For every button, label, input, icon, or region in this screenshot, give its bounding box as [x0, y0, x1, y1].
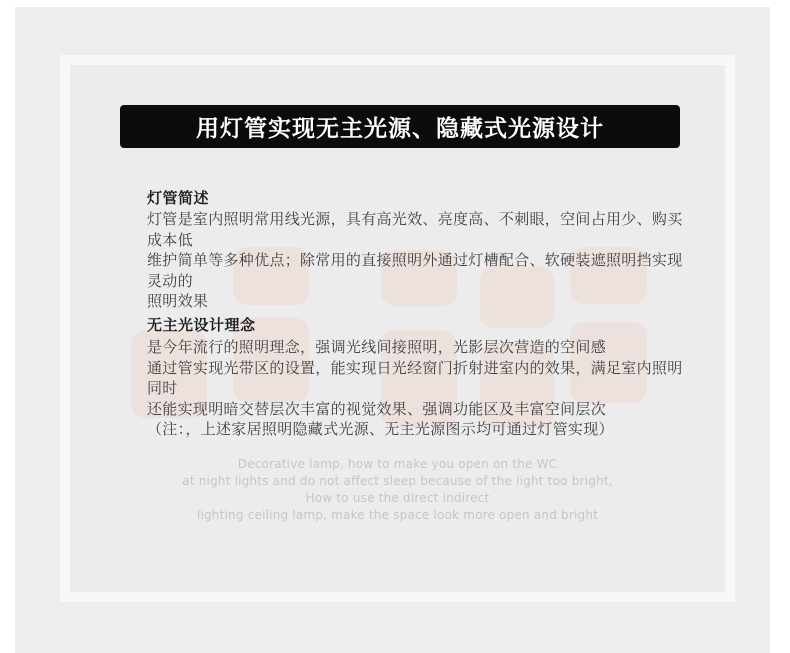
footer-caption-line: lighting ceiling lamp, make the space lo…	[70, 507, 725, 524]
footer-english-caption: Decorative lamp, how to make you open on…	[70, 456, 725, 524]
footer-caption-line: at night lights and do not affect sleep …	[70, 473, 725, 490]
page: 用灯管实现无主光源、隐藏式光源设计 灯管简述 灯管是室内照明常用线光源，具有高光…	[0, 0, 790, 653]
paragraph-line: 是今年流行的照明理念，强调光线间接照明，光影层次营造的空间感	[147, 337, 695, 358]
title-banner-text: 用灯管实现无主光源、隐藏式光源设计	[196, 110, 604, 143]
paragraph-line: 照明效果	[147, 291, 695, 312]
section-heading-no-main-light: 无主光设计理念	[147, 314, 256, 335]
paragraph-line: 灯管是室内照明常用线光源，具有高光效、亮度高、不刺眼，空间占用少、购买成本低	[147, 209, 695, 250]
paragraph-line: 还能实现明暗交替层次丰富的视觉效果、强调功能区及丰富空间层次	[147, 399, 695, 420]
footer-caption-line: How to use the direct indirect	[70, 490, 725, 507]
paragraph-line: 维护简单等多种优点；除常用的直接照明外通过灯槽配合、软硬装遮照明挡实现灵动的	[147, 250, 695, 291]
footer-caption-line: Decorative lamp, how to make you open on…	[70, 456, 725, 473]
paragraph-line: 通过管实现光带区的设置，能实现日光经窗门折射进室内的效果，满足室内照明同时	[147, 358, 695, 399]
paragraph-line: （注：，上述家居照明隐藏式光源、无主光源图示均可通过灯管实现）	[147, 419, 695, 440]
section-paragraph-lamp-overview: 灯管是室内照明常用线光源，具有高光效、亮度高、不刺眼，空间占用少、购买成本低 维…	[147, 209, 695, 312]
section-heading-lamp-overview: 灯管简述	[147, 187, 209, 208]
title-banner: 用灯管实现无主光源、隐藏式光源设计	[120, 105, 680, 148]
section-paragraph-no-main-light: 是今年流行的照明理念，强调光线间接照明，光影层次营造的空间感 通过管实现光带区的…	[147, 337, 695, 440]
